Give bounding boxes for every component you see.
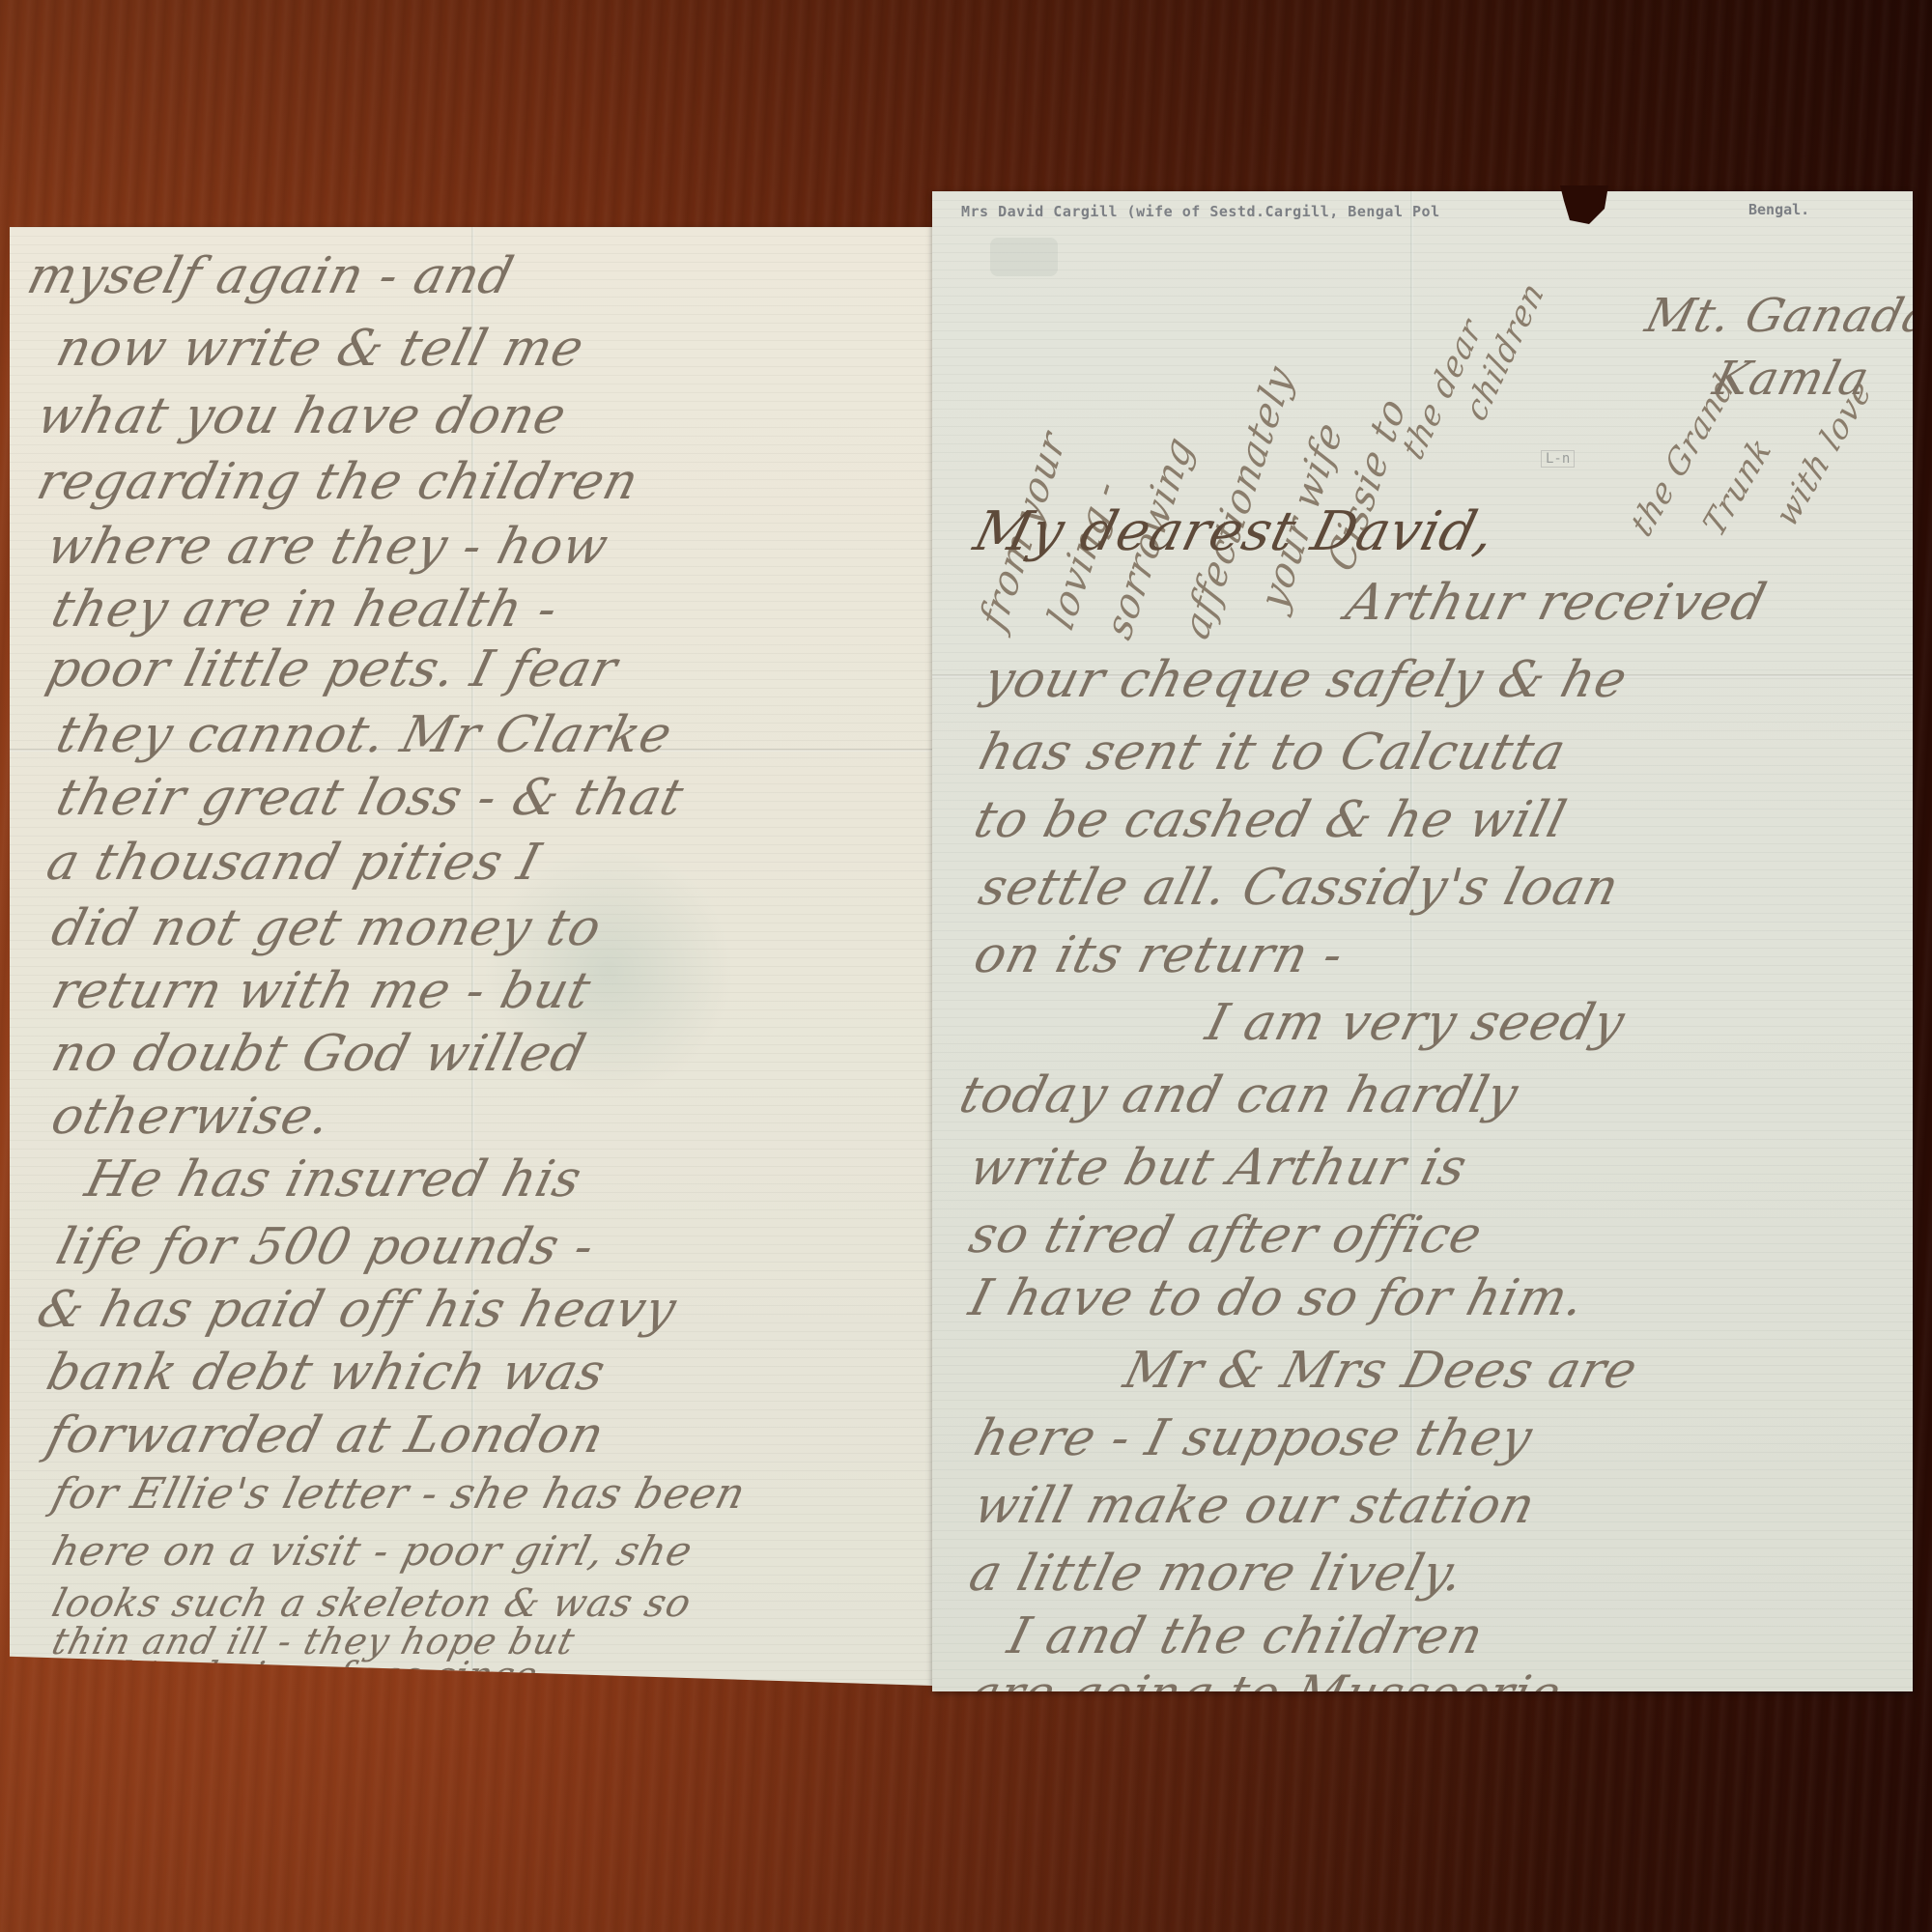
handwritten-line: looks such a skeleton & was so <box>48 1584 696 1623</box>
archival-typed-header: Mrs David Cargill (wife of Sestd.Cargill… <box>961 203 1440 220</box>
handwritten-line: your cheque safely & he <box>980 655 1633 705</box>
handwritten-line: myself again - and <box>23 251 519 301</box>
handwritten-line: poor little pets. I fear <box>43 644 623 695</box>
handwritten-letter: myself again - and now write & tell me w… <box>0 0 1932 1932</box>
handwritten-line: bank debt which was <box>43 1348 611 1398</box>
letter-page-left: myself again - and now write & tell me w… <box>10 227 932 1686</box>
handwritten-line: for Ellie's letter - she has been <box>48 1473 751 1516</box>
handwritten-line: forwarded at London <box>43 1410 610 1461</box>
handwritten-line: so tired after office <box>965 1210 1488 1261</box>
handwritten-line: they cannot. Mr Clarke <box>52 710 678 760</box>
handwritten-line: a thousand pities I <box>43 838 547 888</box>
handwritten-line: will make our station <box>970 1481 1541 1531</box>
handwritten-line: God is their refuge since <box>48 1657 541 1686</box>
handwritten-line: I have to do so for him. <box>965 1273 1590 1323</box>
handwritten-line: what you have done <box>33 391 572 441</box>
handwritten-line: He has insured his <box>81 1154 587 1205</box>
handwritten-line: on its return - <box>970 930 1350 980</box>
stamp-mark: L-n <box>1541 450 1575 468</box>
handwritten-line: return with me - but <box>47 966 596 1016</box>
handwritten-line: now write & tell me <box>52 324 589 374</box>
handwritten-line: life for 500 pounds - <box>52 1222 600 1272</box>
handwritten-line: Mr & Mrs Dees are <box>1120 1346 1643 1396</box>
handwritten-line: here - I suppose they <box>970 1413 1538 1463</box>
margin-handwriting: Trunk <box>1699 431 1777 543</box>
handwritten-line: otherwise. <box>47 1092 336 1142</box>
handwritten-line: their great loss - & that <box>52 773 690 823</box>
handwritten-line: where are they - how <box>43 522 614 572</box>
handwritten-line: regarding the children <box>33 457 644 507</box>
handwritten-line: a little more lively. <box>965 1548 1469 1599</box>
handwritten-line: & has paid off his heavy <box>33 1285 682 1335</box>
handwritten-line: Arthur received <box>1342 578 1772 628</box>
handwritten-line: are going to Mussoorie <box>965 1669 1566 1691</box>
handwritten-line: today and can hardly <box>955 1070 1523 1121</box>
handwritten-line: write but Arthur is <box>965 1143 1472 1193</box>
archival-typed-location: Bengal. <box>1748 201 1809 218</box>
handwritten-line: I am very seedy <box>1202 998 1631 1048</box>
address-line: Mt. Ganada <box>1641 293 1913 339</box>
embossed-crest <box>990 238 1058 276</box>
address-line: Kamla <box>1709 355 1874 402</box>
handwritten-line: to be cashed & he will <box>970 795 1572 845</box>
handwritten-line: no doubt God willed <box>47 1029 591 1079</box>
salutation: My dearest David, <box>969 505 1501 559</box>
handwritten-line: did not get money to <box>47 903 607 953</box>
handwritten-line: they are in health - <box>47 584 563 635</box>
handwritten-line: settle all. Cassidy's loan <box>975 863 1625 913</box>
handwritten-line: I and the children <box>1004 1611 1489 1662</box>
handwritten-line: has sent it to Calcutta <box>975 727 1572 778</box>
handwritten-line: here on a visit - poor girl, she <box>48 1531 697 1572</box>
letter-page-right: Mrs David Cargill (wife of Sestd.Cargill… <box>932 191 1913 1691</box>
